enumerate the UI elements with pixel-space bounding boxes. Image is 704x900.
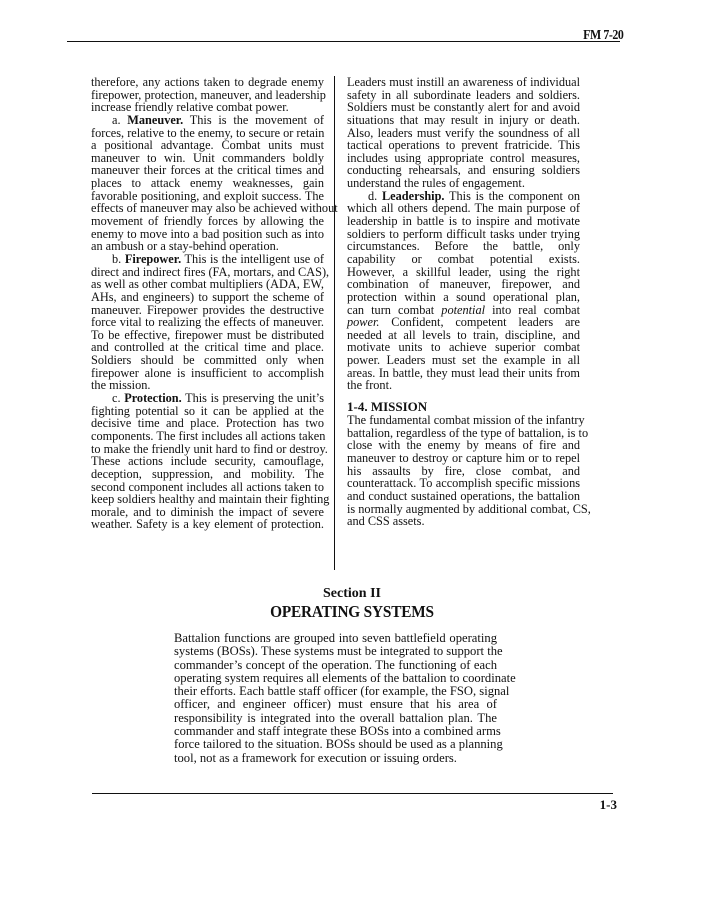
text-line: the front.	[347, 379, 580, 392]
text-line: c. Protection. This is preserving the un…	[91, 392, 324, 405]
text-line: power. Confident, competent leaders are	[347, 316, 580, 329]
text-line: as well as other combat multipliers (ADA…	[91, 278, 324, 291]
text-line: maneuver to destroy or capture him or to…	[347, 452, 580, 465]
page-number: 1-3	[600, 797, 617, 813]
column-divider	[334, 76, 335, 570]
text-line: and CSS assets.	[347, 515, 580, 528]
paragraph-lead-term: Firepower.	[125, 252, 181, 266]
left-column: therefore, any actions taken to degrade …	[91, 76, 324, 531]
text-line: a. Maneuver. This is the movement of	[91, 114, 324, 127]
text-line: capability or combat potential exists.	[347, 253, 580, 266]
text-line: b. Firepower. This is the intelligent us…	[91, 253, 324, 266]
paragraph-lead-term: Protection.	[124, 391, 181, 405]
text-line: Leaders must instill an awareness of ind…	[347, 76, 580, 89]
text-line: commander’s concept of the operation. Th…	[174, 659, 497, 672]
leadership-text: Leaders must instill an awareness of ind…	[347, 76, 580, 392]
text-line: leadership in battle is to inspire and m…	[347, 215, 580, 228]
text-line: situations that may result in injury or …	[347, 114, 580, 127]
text-line: their efforts. Each battle staff officer…	[174, 685, 497, 698]
text-line: officer, and engineer officer) must ensu…	[174, 698, 497, 711]
text-line: Battalion functions are grouped into sev…	[174, 632, 497, 645]
text-line: The fundamental combat mission of the in…	[347, 414, 580, 427]
section-header: Section II OPERATING SYSTEMS	[0, 586, 704, 621]
text-line: force vital to realizing the effects of …	[91, 316, 324, 329]
text-line: systems (BOSs). These systems must be in…	[174, 645, 497, 658]
text-line: weather. Safety is a key element of prot…	[91, 518, 324, 531]
text-line: places to attack enemy weaknesses, gain	[91, 177, 324, 190]
text-line: and conduct sustained operations, the ba…	[347, 490, 580, 503]
text-line: deception, suppression, and mobility. Th…	[91, 468, 324, 481]
text-line: components. The first includes all actio…	[91, 430, 324, 443]
header-rule	[67, 41, 620, 42]
text-line: a positional advantage. Combat units mus…	[91, 139, 324, 152]
text-line: operating system requires all elements o…	[174, 672, 497, 685]
paragraph-lead-term: Maneuver.	[127, 113, 183, 127]
mission-heading: 1-4. MISSION	[347, 400, 580, 414]
text-line: counterattack. To accomplish specific mi…	[347, 477, 580, 490]
text-line: power. Leaders must set the example in a…	[347, 354, 580, 367]
section-title: OPERATING SYSTEMS	[35, 602, 669, 621]
text-line: Soldiers should be committed only when	[91, 354, 324, 367]
text-line: commander and staff integrate these BOSs…	[174, 725, 497, 738]
text-line: These actions include security, camoufla…	[91, 455, 324, 468]
section-number: Section II	[0, 586, 704, 602]
text-line: AHs, and engineers) to support the schem…	[91, 291, 324, 304]
mission-text: The fundamental combat mission of the in…	[347, 414, 580, 528]
right-column: Leaders must instill an awareness of ind…	[347, 76, 580, 528]
footer-rule	[92, 793, 613, 794]
text-line: tool, not as a framework for execution o…	[174, 752, 497, 765]
text-line: responsibility is integrated into the ov…	[174, 712, 497, 725]
text-line: force tailored to the situation. BOSs sh…	[174, 738, 497, 751]
text-line: keep soldiers healthy and maintain their…	[91, 493, 324, 506]
text-line: movement of friendly forces by allowing …	[91, 215, 324, 228]
operating-systems-paragraph: Battalion functions are grouped into sev…	[174, 632, 497, 765]
text-line: therefore, any actions taken to degrade …	[91, 76, 324, 89]
text-line: tactical operations to prevent fratricid…	[347, 139, 580, 152]
text-line: combination of maneuver, firepower, and	[347, 278, 580, 291]
